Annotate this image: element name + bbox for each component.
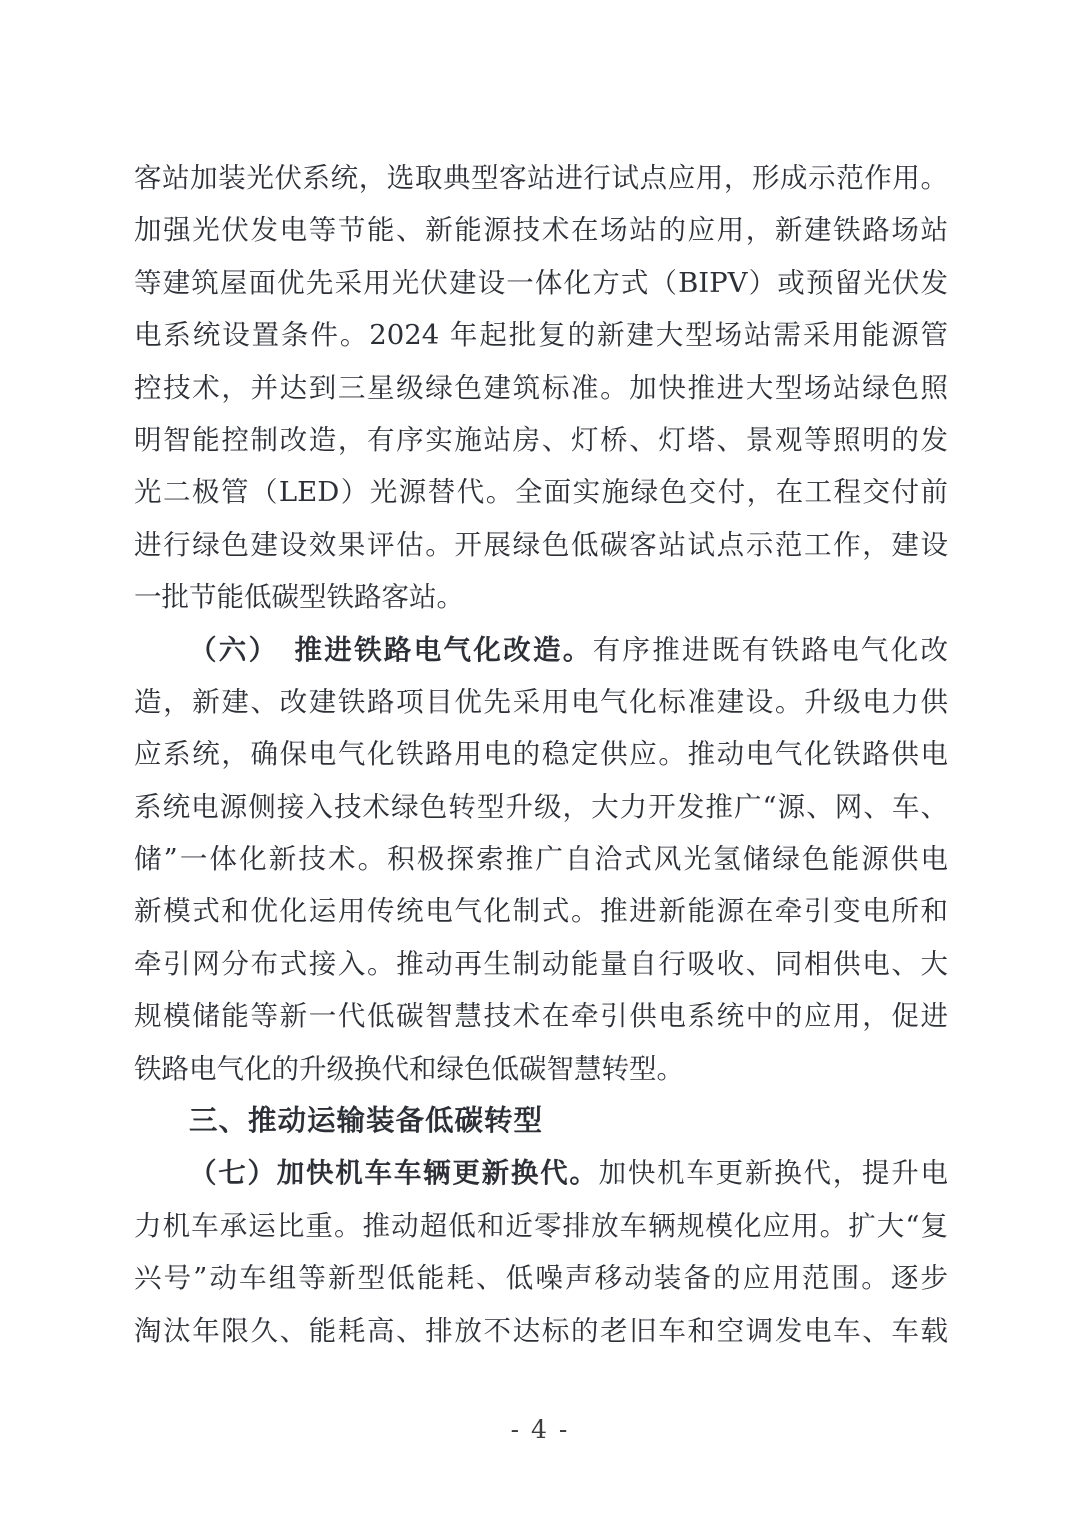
bold-run: （六） 推进铁路电气化改造。	[189, 634, 593, 666]
text-run: 电系统设置条件。2024 年起批复的新建大型场站需采用能源管	[134, 319, 948, 351]
text-run: 铁路电气化的升级换代和绿色低碳智慧转型。	[134, 1053, 684, 1085]
text-run: 加强光伏发电等节能、新能源技术在场站的应用，新建铁路场站	[134, 214, 948, 246]
text-line: 电系统设置条件。2024 年起批复的新建大型场站需采用能源管	[134, 309, 948, 361]
text-run: 有序推进既有铁路电气化改	[593, 634, 948, 666]
text-run: 进行绿色建设效果评估。开展绿色低碳客站试点示范工作，建设	[134, 529, 948, 561]
document-body: 客站加装光伏系统，选取典型客站进行试点应用，形成示范作用。加强光伏发电等节能、新…	[134, 152, 948, 1357]
text-line: 加强光伏发电等节能、新能源技术在场站的应用，新建铁路场站	[134, 204, 948, 256]
bold-run: （七）加快机车车辆更新换代。	[189, 1157, 599, 1189]
text-line: 控技术，并达到三星级绿色建筑标准。加快推进大型场站绿色照	[134, 362, 948, 414]
text-line: 新模式和优化运用传统电气化制式。推进新能源在牵引变电所和	[134, 885, 948, 937]
text-run: 规模储能等新一代低碳智慧技术在牵引供电系统中的应用，促进	[134, 1000, 948, 1032]
text-line: 一批节能低碳型铁路客站。	[134, 571, 948, 623]
text-run: 淘汰年限久、能耗高、排放不达标的老旧车和空调发电车、车载	[134, 1315, 948, 1347]
bold-run: 三、推动运输装备低碳转型	[189, 1104, 543, 1137]
text-line: 储”一体化新技术。积极探索推广自洽式风光氢储绿色能源供电	[134, 833, 948, 885]
text-line: 系统电源侧接入技术绿色转型升级，大力开发推广“源、网、车、	[134, 781, 948, 833]
text-run: 力机车承运比重。推动超低和近零排放车辆规模化应用。扩大“复	[134, 1210, 948, 1242]
section-heading-line: 三、推动运输装备低碳转型	[134, 1095, 948, 1147]
text-line: 明智能控制改造，有序实施站房、灯桥、灯塔、景观等照明的发	[134, 414, 948, 466]
text-line: 应系统，确保电气化铁路用电的稳定供应。推动电气化铁路供电	[134, 728, 948, 780]
page-number: - 4 -	[0, 1415, 1080, 1444]
text-run: 系统电源侧接入技术绿色转型升级，大力开发推广“源、网、车、	[134, 791, 948, 823]
text-run: 新模式和优化运用传统电气化制式。推进新能源在牵引变电所和	[134, 895, 948, 927]
text-line: 兴号”动车组等新型低能耗、低噪声移动装备的应用范围。逐步	[134, 1252, 948, 1304]
text-run: 加快机车更新换代，提升电	[599, 1157, 948, 1189]
text-run: 一批节能低碳型铁路客站。	[134, 581, 464, 613]
text-run: 明智能控制改造，有序实施站房、灯桥、灯塔、景观等照明的发	[134, 424, 948, 456]
text-line: （六） 推进铁路电气化改造。有序推进既有铁路电气化改	[134, 624, 948, 676]
text-run: 等建筑屋面优先采用光伏建设一体化方式（BIPV）或预留光伏发	[134, 267, 948, 299]
text-run: 应系统，确保电气化铁路用电的稳定供应。推动电气化铁路供电	[134, 738, 948, 770]
text-run: 兴号”动车组等新型低能耗、低噪声移动装备的应用范围。逐步	[134, 1262, 948, 1294]
text-run: 牵引网分布式接入。推动再生制动能量自行吸收、同相供电、大	[134, 948, 948, 980]
text-line: 光二极管（LED）光源替代。全面实施绿色交付，在工程交付前	[134, 466, 948, 518]
text-line: 淘汰年限久、能耗高、排放不达标的老旧车和空调发电车、车载	[134, 1305, 948, 1357]
text-line: 规模储能等新一代低碳智慧技术在牵引供电系统中的应用，促进	[134, 990, 948, 1042]
text-run: 客站加装光伏系统，选取典型客站进行试点应用，形成示范作用。	[134, 162, 948, 194]
text-line: 牵引网分布式接入。推动再生制动能量自行吸收、同相供电、大	[134, 938, 948, 990]
text-line: 造，新建、改建铁路项目优先采用电气化标准建设。升级电力供	[134, 676, 948, 728]
text-run: 造，新建、改建铁路项目优先采用电气化标准建设。升级电力供	[134, 686, 948, 718]
text-line: 铁路电气化的升级换代和绿色低碳智慧转型。	[134, 1043, 948, 1095]
text-line: 进行绿色建设效果评估。开展绿色低碳客站试点示范工作，建设	[134, 519, 948, 571]
document-page: 客站加装光伏系统，选取典型客站进行试点应用，形成示范作用。加强光伏发电等节能、新…	[0, 0, 1080, 1527]
text-line: 等建筑屋面优先采用光伏建设一体化方式（BIPV）或预留光伏发	[134, 257, 948, 309]
text-line: （七）加快机车车辆更新换代。加快机车更新换代，提升电	[134, 1147, 948, 1199]
text-line: 力机车承运比重。推动超低和近零排放车辆规模化应用。扩大“复	[134, 1200, 948, 1252]
text-run: 控技术，并达到三星级绿色建筑标准。加快推进大型场站绿色照	[134, 372, 948, 404]
text-run: 光二极管（LED）光源替代。全面实施绿色交付，在工程交付前	[134, 476, 948, 508]
text-line: 客站加装光伏系统，选取典型客站进行试点应用，形成示范作用。	[134, 152, 948, 204]
text-run: 储”一体化新技术。积极探索推广自洽式风光氢储绿色能源供电	[134, 843, 948, 875]
